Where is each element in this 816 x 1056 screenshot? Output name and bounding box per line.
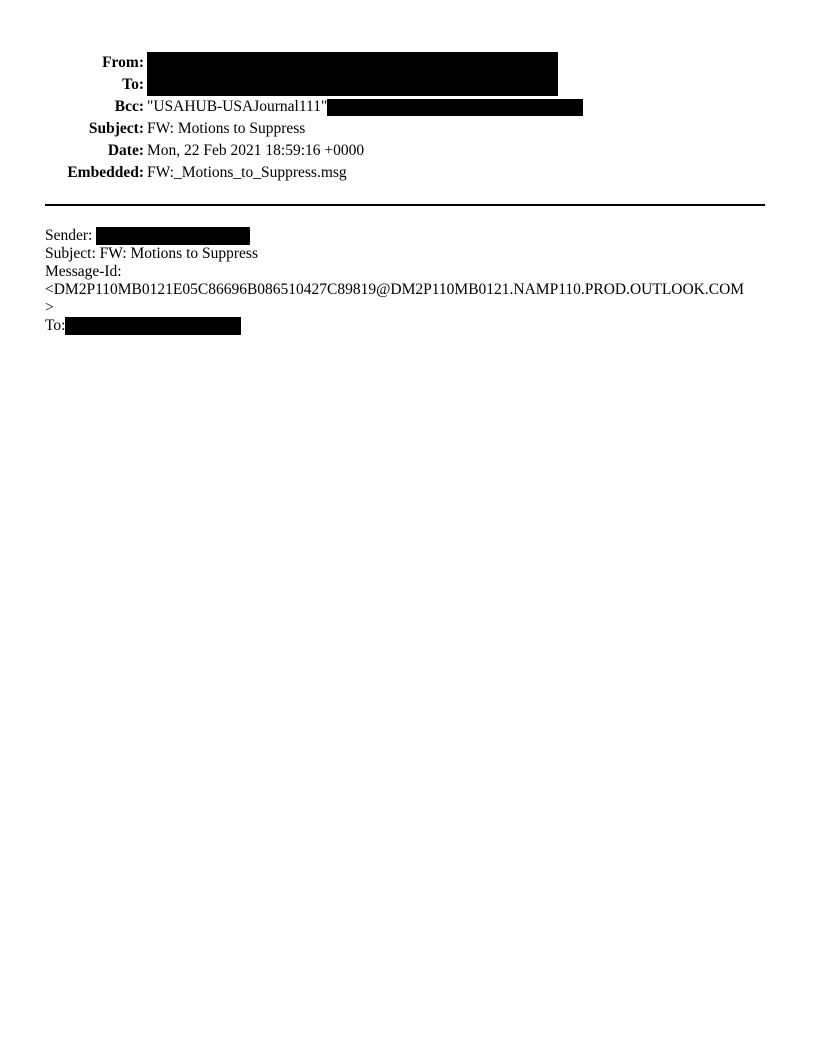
date-value: Mon, 22 Feb 2021 18:59:16 +0000 [147,140,364,162]
sender-label: Sender: [45,227,92,244]
sender-redaction [96,227,250,245]
email-header: From: To: Bcc: "USAHUB-USAJournal111" Su… [0,52,816,184]
to-row: To: [0,74,816,96]
message-id-close: > [45,299,775,317]
message-id-label: Message-Id: [45,263,775,281]
divider [45,204,765,206]
subject-row: Subject: FW: Motions to Suppress [0,118,816,140]
embedded-message: Sender: Subject: FW: Motions to Suppress… [45,227,775,335]
to-redaction [65,317,241,335]
to-line: To: [45,317,775,335]
bcc-redaction [327,99,583,116]
subject-label: Subject: [89,118,144,140]
sender-line: Sender: [45,227,775,245]
bcc-row: Bcc: "USAHUB-USAJournal111" [0,96,816,118]
date-row: Date: Mon, 22 Feb 2021 18:59:16 +0000 [0,140,816,162]
message-id-value: <DM2P110MB0121E05C86696B086510427C89819@… [45,281,775,299]
bcc-label: Bcc: [115,96,144,118]
to-line-label: To: [45,317,65,334]
bcc-value: "USAHUB-USAJournal111" [147,98,327,115]
subject-line: Subject: FW: Motions to Suppress [45,245,775,263]
embedded-label: Embedded: [67,162,144,184]
date-label: Date: [108,140,144,162]
embedded-row: Embedded: FW:_Motions_to_Suppress.msg [0,162,816,184]
from-row: From: [0,52,816,74]
subject-value: FW: Motions to Suppress [147,118,305,140]
to-label: To: [122,74,144,96]
embedded-attachment-link[interactable]: FW:_Motions_to_Suppress.msg [147,162,347,184]
from-label: From: [102,52,144,74]
